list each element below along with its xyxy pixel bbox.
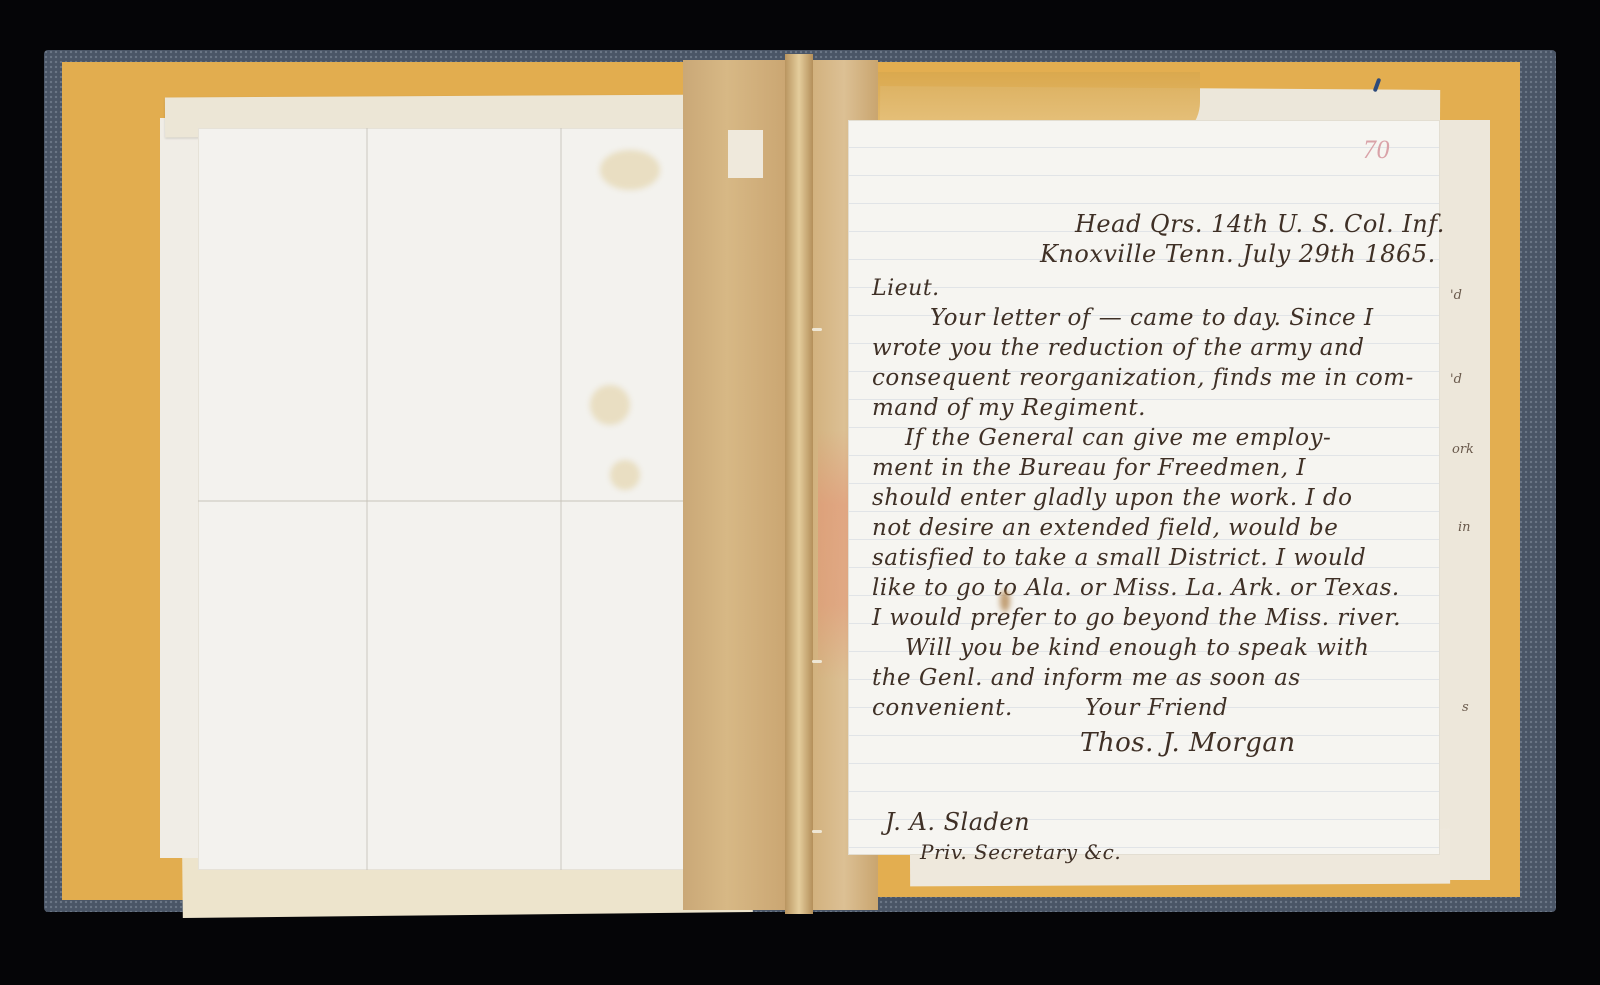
letter-closing: Your Friend [1085,695,1228,721]
left-page-verso [198,128,726,870]
binding-stitch [812,328,822,331]
letter-body-line: convenient. [872,695,1013,721]
letter-heading-place-date: Knoxville Tenn. July 29th 1865. [1040,240,1436,268]
letter-body-line: Your letter of — came to day. Since I [930,305,1374,331]
letter-body-line: ment in the Bureau for Freedmen, I [872,455,1306,481]
letter-body-line: like to go to Ala. or Miss. La. Ark. or … [872,575,1400,601]
margin-note: 'd [1450,288,1462,303]
letter-body-line: not desire an extended field, would be [872,515,1338,541]
letter-heading-unit: Head Qrs. 14th U. S. Col. Inf. [1075,210,1445,238]
ink-blot [1000,590,1010,612]
letter-body-line: Will you be kind enough to speak with [905,635,1369,661]
foxing-stain [610,460,640,490]
letter-body-line: consequent reorganization, finds me in c… [872,365,1414,391]
addressee-name: J. A. Sladen [885,808,1030,836]
letter-body-line: should enter gladly upon the work. I do [872,485,1352,511]
letter-body-line: If the General can give me employ- [905,425,1331,451]
letter-salutation: Lieut. [872,276,940,301]
page-number: 70 [1363,135,1390,165]
foxing-stain [590,385,630,425]
fold-line [198,500,726,502]
fold-line [560,128,562,870]
letter-body-line: satisfied to take a small District. I wo… [872,545,1366,571]
letter-body-line: I would prefer to go beyond the Miss. ri… [872,605,1401,631]
margin-note: in [1458,520,1471,535]
letter-body-line: the Genl. and inform me as soon as [872,665,1301,691]
margin-note: s [1462,700,1469,715]
spine-fold [785,54,813,914]
foxing-stain [600,150,660,190]
binding-stitch [812,660,822,663]
binding-stitch [812,830,822,833]
fold-line [366,128,368,870]
margin-note: ork [1452,442,1474,457]
margin-note: 'd [1450,372,1462,387]
letter-body-line: wrote you the reduction of the army and [872,335,1364,361]
letter-body-line: mand of my Regiment. [872,395,1146,421]
letter-signature: Thos. J. Morgan [1080,728,1296,758]
guard-strip-left [683,60,793,910]
paper-tab [728,130,763,178]
addressee-title: Priv. Secretary &c. [920,840,1121,864]
